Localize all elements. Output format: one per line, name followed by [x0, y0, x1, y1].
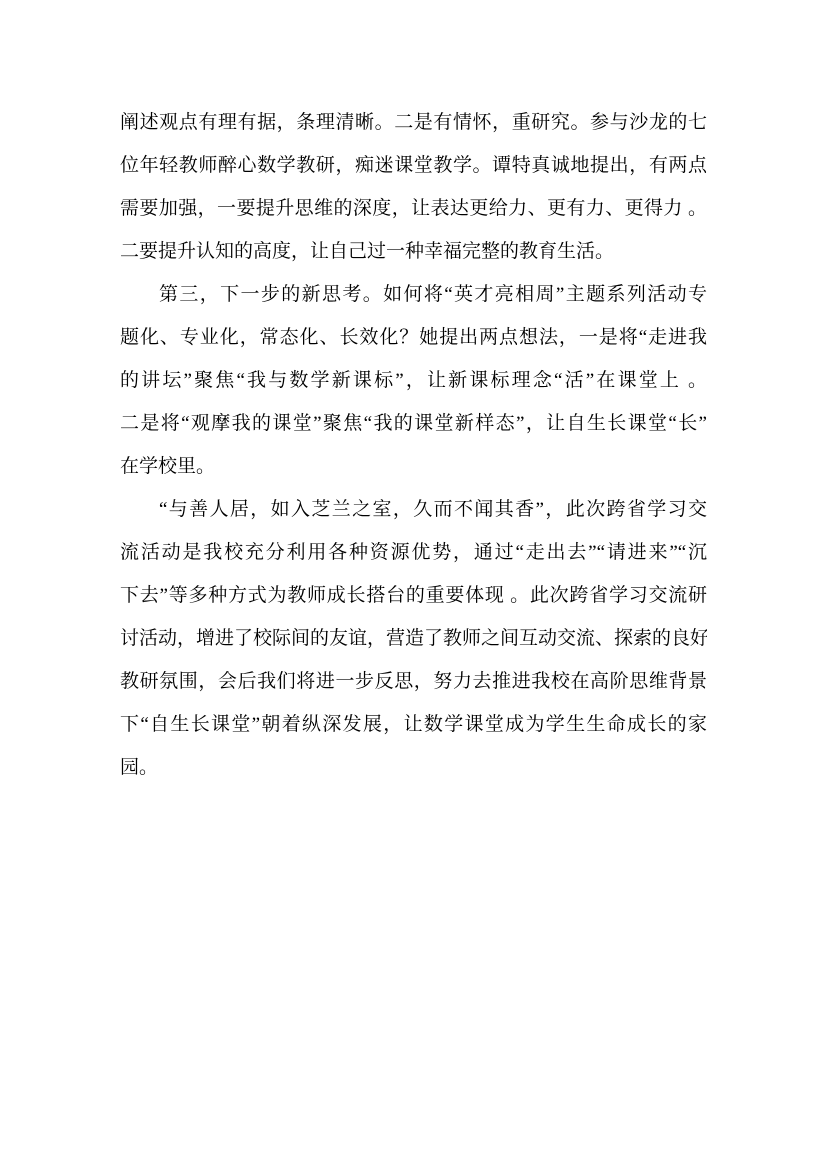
text-line: 的讲坛”聚焦“我与数学新课标”，让新课标理念“活”在课堂上 。 [120, 359, 707, 402]
text-line: 需要加强，一要提升思维的深度，让表达更给力、更有力、更得力 。 [120, 187, 707, 230]
paragraph: 第三，下一步的新思考。如何将“英才亮相周”主题系列活动专 题化、专业化，常态化、… [120, 273, 707, 488]
text-line: 二要提升认知的高度，让自己过一种幸福完整的教育生活。 [120, 230, 707, 273]
document-page: 阐述观点有理有据，条理清晰。二是有情怀，重研究。参与沙龙的七 位年轻教师醉心数学… [0, 0, 827, 1170]
text-line: 阐述观点有理有据，条理清晰。二是有情怀，重研究。参与沙龙的七 [120, 101, 707, 144]
text-line: 教研氛围，会后我们将进一步反思，努力去推进我校在高阶思维背景 [120, 660, 707, 703]
paragraph: 阐述观点有理有据，条理清晰。二是有情怀，重研究。参与沙龙的七 位年轻教师醉心数学… [120, 101, 707, 273]
text-line: 第三，下一步的新思考。如何将“英才亮相周”主题系列活动专 [120, 273, 707, 316]
document-text-block: 阐述观点有理有据，条理清晰。二是有情怀，重研究。参与沙龙的七 位年轻教师醉心数学… [120, 101, 707, 789]
paragraph: “与善人居，如入芝兰之室，久而不闻其香”，此次跨省学习交 流活动是我校充分利用各… [120, 488, 707, 789]
text-line: 园。 [120, 746, 707, 789]
text-line: 下“自生长课堂”朝着纵深发展，让数学课堂成为学生生命成长的家 [120, 703, 707, 746]
text-line: 位年轻教师醉心数学教研，痴迷课堂教学。谭特真诚地提出，有两点 [120, 144, 707, 187]
text-line: “与善人居，如入芝兰之室，久而不闻其香”，此次跨省学习交 [120, 488, 707, 531]
text-line: 题化、专业化，常态化、长效化？她提出两点想法，一是将“走进我 [120, 316, 707, 359]
text-line: 讨活动，增进了校际间的友谊，营造了教师之间互动交流、探索的良好 [120, 617, 707, 660]
text-line: 流活动是我校充分利用各种资源优势，通过“走出去”“请进来”“沉 [120, 531, 707, 574]
text-line: 二是将“观摩我的课堂”聚焦“我的课堂新样态”，让自生长课堂“长” [120, 402, 707, 445]
text-line: 下去”等多种方式为教师成长搭台的重要体现 。此次跨省学习交流研 [120, 574, 707, 617]
text-line: 在学校里。 [120, 445, 707, 488]
